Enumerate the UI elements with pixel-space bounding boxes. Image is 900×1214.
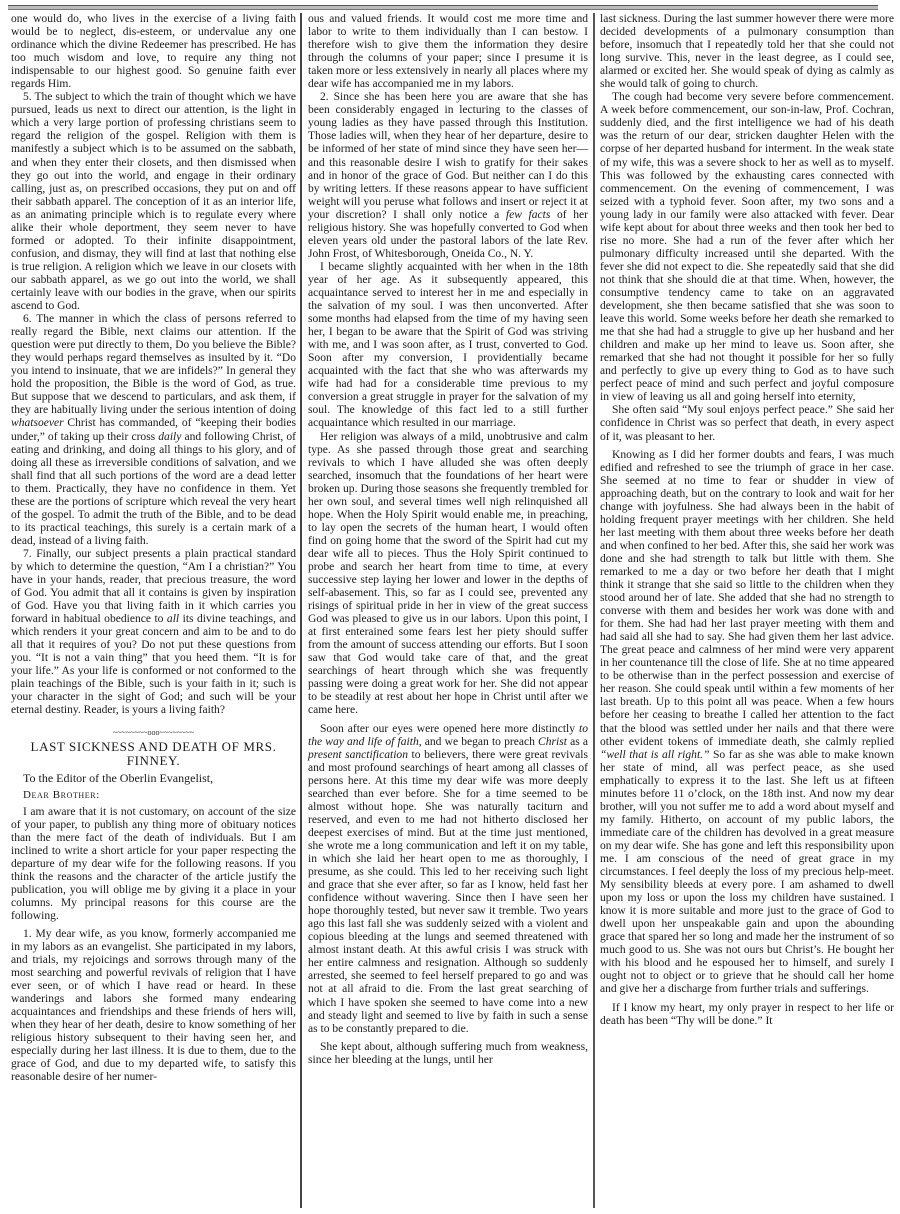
paragraph-thy-will-be-done: If I know my heart, my only prayer in re… [600, 1002, 894, 1028]
column-1: one would do, who lives in the exercise … [11, 13, 300, 1208]
paragraph-kept-about: She kept about, although suffering much … [308, 1041, 588, 1067]
column-2: ous and valued friends. It would cost me… [300, 13, 593, 1208]
paragraph-acquaintance: I became slightly acquainted with her wh… [308, 261, 588, 431]
paragraph-reason-1: 1. My dear wife, as you know, formerly a… [11, 928, 296, 1085]
top-rule-divider [8, 5, 878, 10]
paragraph-faith-ordinance: one would do, who lives in the exercise … [11, 13, 296, 91]
ornamental-separator: ~~~~~~~~ooo~~~~~~~~ [11, 728, 296, 738]
paragraph-intro-letter: I am aware that it is not customary, on … [11, 806, 296, 923]
paragraph-point-5: 5. The subject to which the train of tho… [11, 91, 296, 313]
salutation: Dear Brother: [23, 789, 296, 802]
paragraph-point-7: 7. Finally, our subject presents a plain… [11, 548, 296, 718]
paragraph-point-6: 6. The manner in which the class of pers… [11, 313, 296, 548]
paragraph-last-sickness: last sickness. During the last summer ho… [600, 13, 894, 91]
column-3: last sickness. During the last summer ho… [593, 13, 896, 1208]
paragraph-perfect-peace: She often said “My soul enjoys perfect p… [600, 404, 894, 443]
paragraph-way-of-faith: Soon after our eyes were opened here mor… [308, 723, 588, 1036]
article-headline: LAST SICKNESS AND DEATH OF MRS. FINNEY. [11, 740, 296, 768]
paragraph-reason-2: 2. Since she has been here you are aware… [308, 91, 588, 261]
paragraph-reason-1-continued: ous and valued friends. It would cost me… [308, 13, 588, 91]
paragraph-triumph-of-grace: Knowing as I did her former doubts and f… [600, 449, 894, 997]
newspaper-page: one would do, who lives in the exercise … [11, 13, 896, 1208]
address-line: To the Editor of the Oberlin Evangelist, [23, 771, 296, 785]
paragraph-her-religion: Her religion was always of a mild, unobt… [308, 431, 588, 718]
paragraph-cough: The cough had become very severe before … [600, 91, 894, 404]
